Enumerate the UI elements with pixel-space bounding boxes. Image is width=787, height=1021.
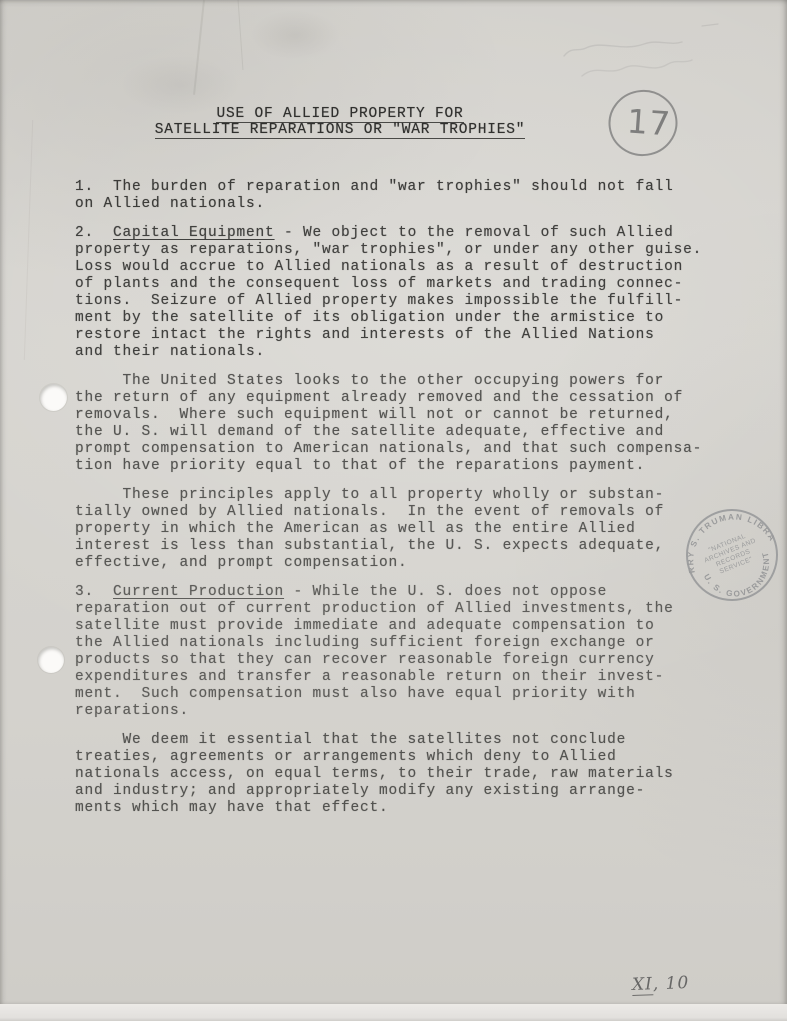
folder-notation: XI, 10 — [632, 973, 690, 995]
text-line: expenditures and transfer a reasonable r… — [75, 669, 725, 686]
text-line: removals. Where such equipment will not … — [75, 407, 725, 424]
scanner-background-strip — [0, 1004, 787, 1021]
text-line: These principles apply to all property w… — [75, 487, 725, 504]
text-line: nationals access, on equal terms, to the… — [75, 766, 725, 783]
paragraph: 2. Capital Equipment - We object to the … — [75, 225, 725, 361]
text-line: products so that they can recover reason… — [75, 652, 725, 669]
document-title: USE OF ALLIED PROPERTY FORSATELLITE REPA… — [30, 106, 650, 138]
text-line: on Allied nationals. — [75, 196, 725, 213]
paragraph: We deem it essential that the satellites… — [75, 732, 725, 817]
text-line: and their nationals. — [75, 344, 725, 361]
text-line: Loss would accrue to Allied nationals as… — [75, 259, 725, 276]
text-line: tions. Seizure of Allied property makes … — [75, 293, 725, 310]
text-line: We deem it essential that the satellites… — [75, 732, 725, 749]
text-line: the return of any equipment already remo… — [75, 390, 725, 407]
text-line: reparations. — [75, 703, 725, 720]
paper-crease — [24, 120, 33, 360]
document-body: 1. The burden of reparation and "war tro… — [75, 179, 725, 829]
text-line: effective, and prompt compensation. — [75, 555, 725, 572]
text-line: treaties, agreements or arrangements whi… — [75, 749, 725, 766]
text-line: property in which the American as well a… — [75, 521, 725, 538]
text-line: tially owned by Allied nationals. In the… — [75, 504, 725, 521]
paper-smudge — [250, 10, 340, 60]
text-line: restore intact the rights and interests … — [75, 327, 725, 344]
pencil-note-scribble — [552, 18, 762, 93]
text-line: and industry; and appropriately modify a… — [75, 783, 725, 800]
text-line: ments which may have that effect. — [75, 800, 725, 817]
text-line: The United States looks to the other occ… — [75, 373, 725, 390]
page-number-text: 17 — [626, 102, 673, 144]
folder-notation-roman: XI — [632, 974, 654, 996]
folder-notation-rest: , 10 — [652, 973, 689, 994]
text-line: ment by the satellite of its obligation … — [75, 310, 725, 327]
text-line: ment. Such compensation must also have e… — [75, 686, 725, 703]
text-line: interest is less than substantial, the U… — [75, 538, 725, 555]
text-line: the U. S. will demand of the satellite a… — [75, 424, 725, 441]
title-line: USE OF ALLIED PROPERTY FOR — [30, 106, 650, 122]
paragraph: 1. The burden of reparation and "war tro… — [75, 179, 725, 213]
text-line: 1. The burden of reparation and "war tro… — [75, 179, 725, 196]
text-line: prompt compensation to American national… — [75, 441, 725, 458]
hole-punch-bottom — [38, 647, 64, 673]
paragraph: The United States looks to the other occ… — [75, 373, 725, 475]
text-line: of plants and the consequent loss of mar… — [75, 276, 725, 293]
hole-punch-top — [40, 384, 67, 411]
paper-crease — [238, 0, 244, 70]
text-line: 2. Capital Equipment - We object to the … — [75, 225, 725, 242]
paragraph: These principles apply to all property w… — [75, 487, 725, 572]
text-line: satellite must provide immediate and ade… — [75, 618, 725, 635]
title-line: SATELLITE REPARATIONS OR "WAR TROPHIES" — [30, 122, 650, 138]
text-line: property as reparations, "war trophies",… — [75, 242, 725, 259]
circled-page-number: 17 — [605, 87, 681, 161]
text-line: the Allied nationals including sufficien… — [75, 635, 725, 652]
paragraph: 3. Current Production - While the U. S. … — [75, 584, 725, 720]
text-line: 3. Current Production - While the U. S. … — [75, 584, 725, 601]
text-line: reparation out of current production of … — [75, 601, 725, 618]
text-line: tion have priority equal to that of the … — [75, 458, 725, 475]
stamp-center-text: "NATIONALARCHIVES ANDRECORDSSERVICE" — [700, 530, 763, 579]
